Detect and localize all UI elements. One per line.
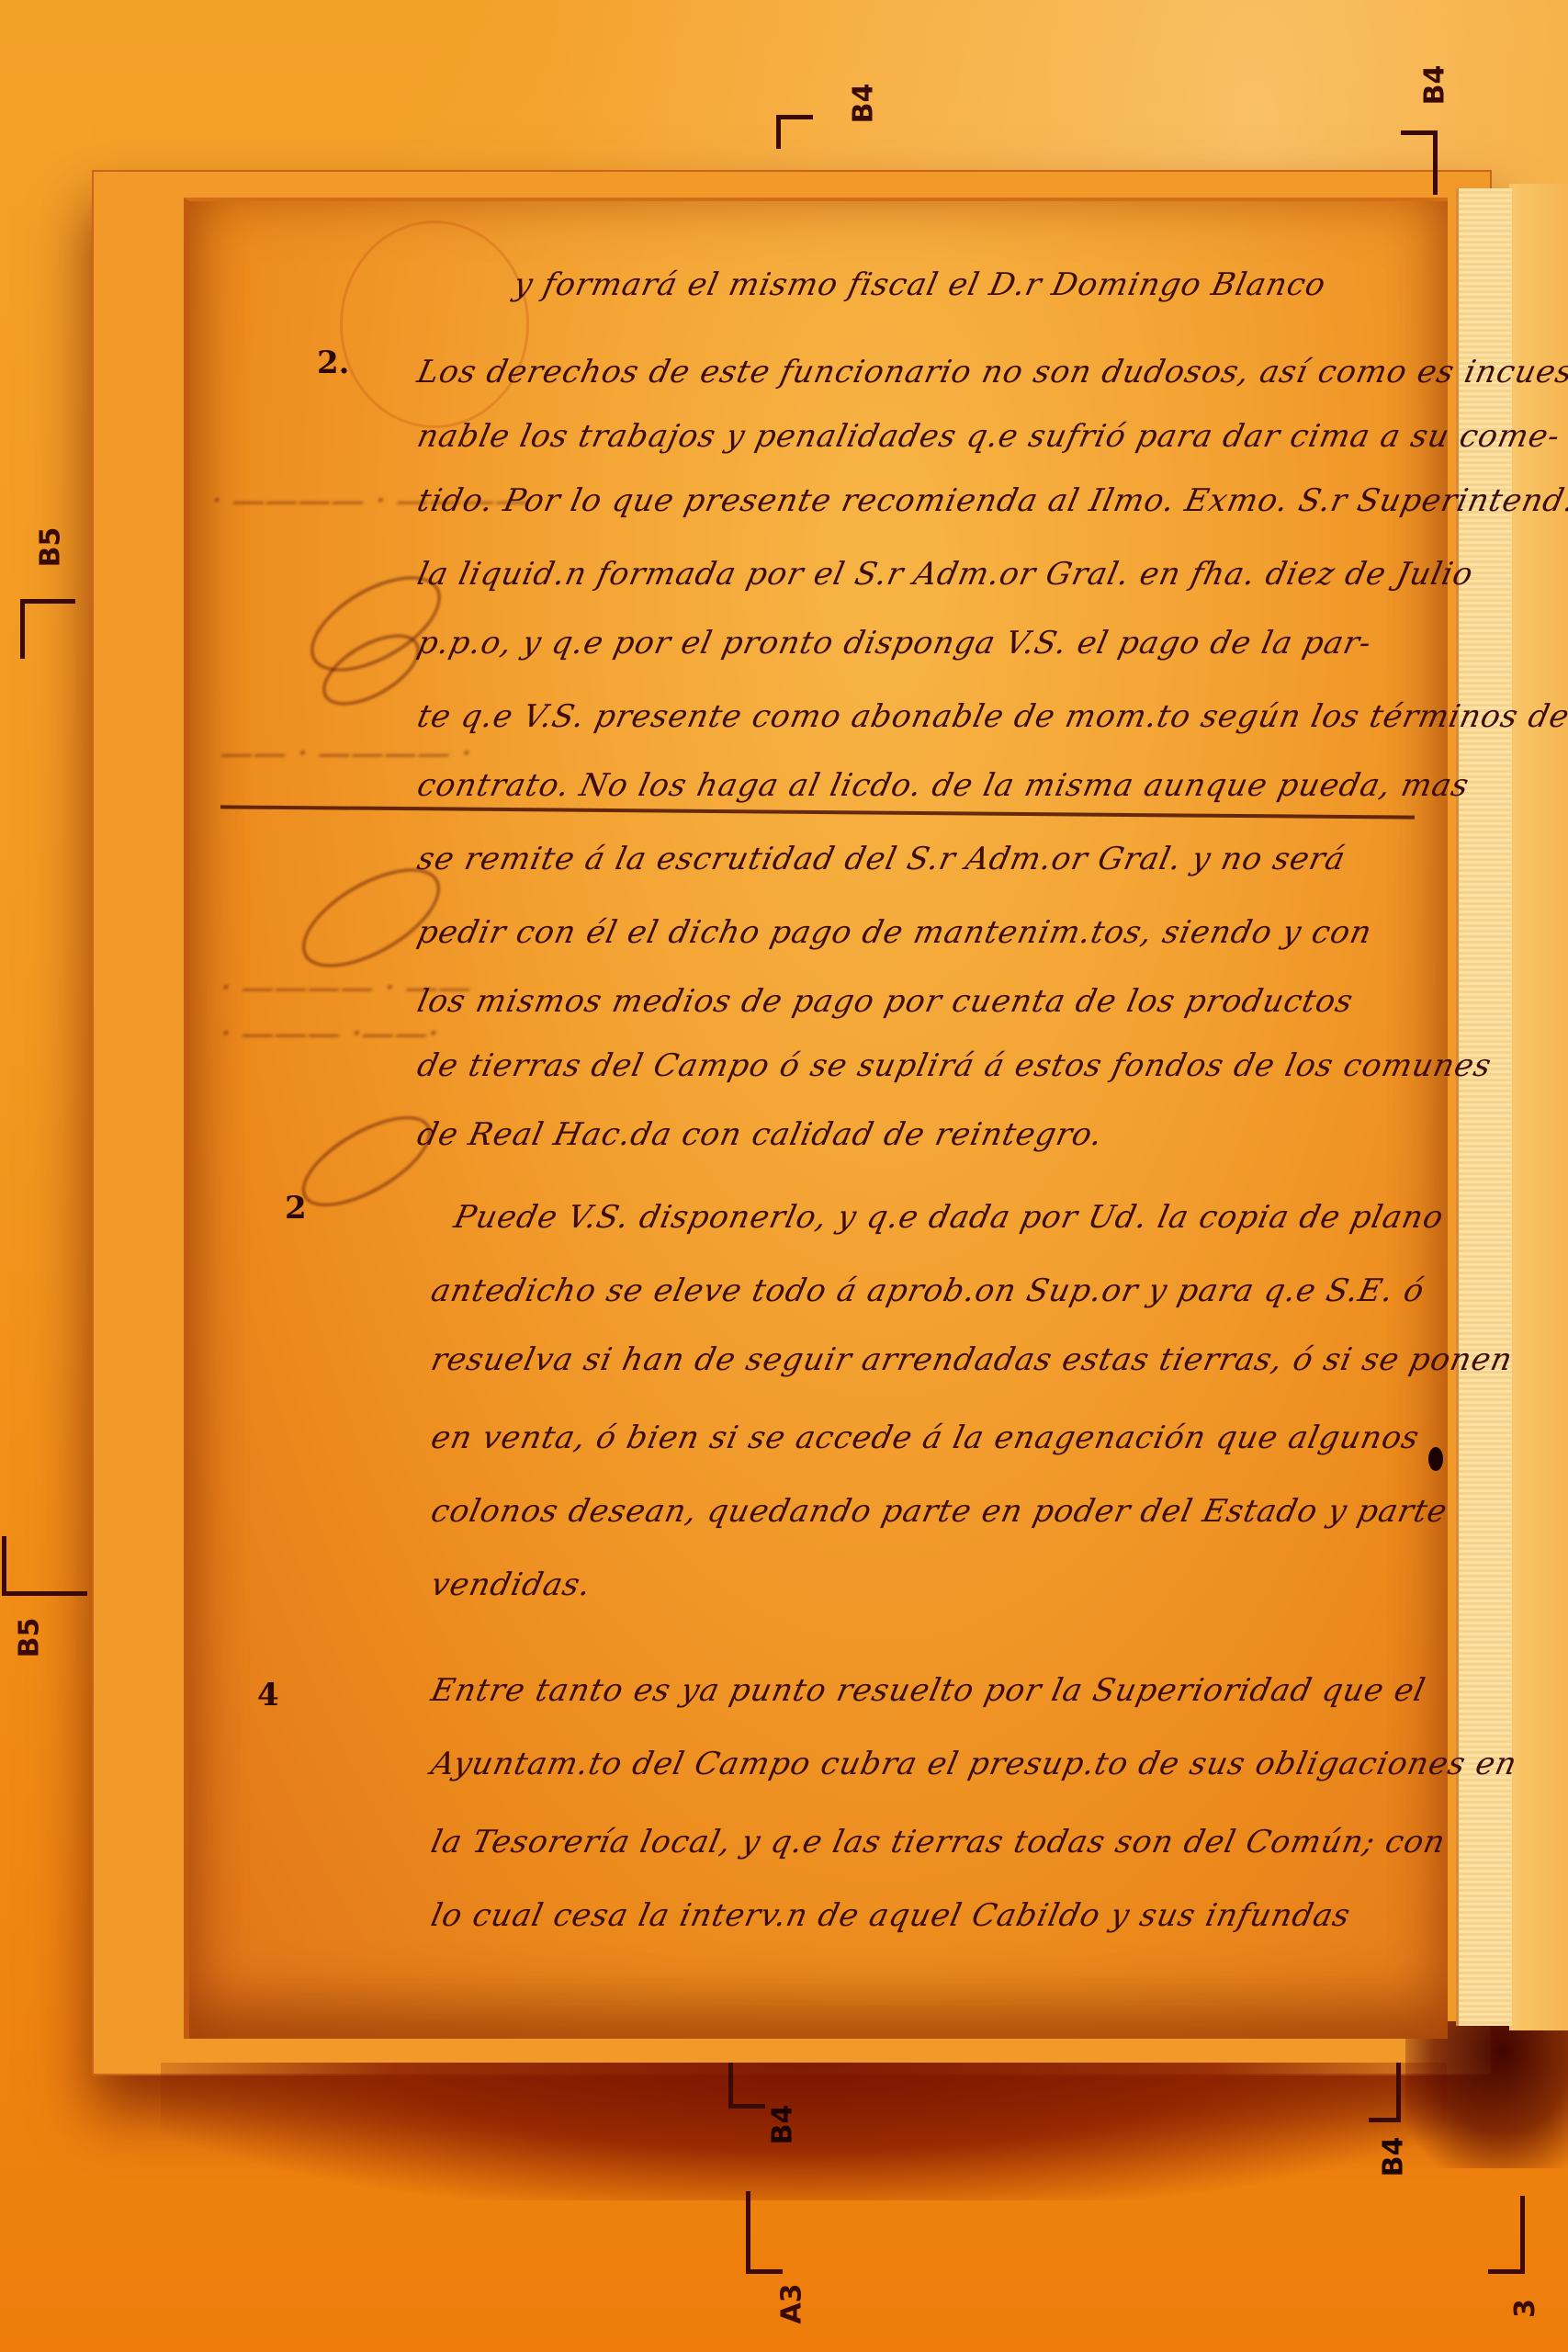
manuscript-line: vendidas. xyxy=(428,1566,595,1603)
manuscript-line: se remite á la escrutidad del S.r Adm.or… xyxy=(414,841,1349,877)
paragraph-number: 2 xyxy=(285,1190,307,1227)
crop-corner-top-center xyxy=(776,115,813,149)
manuscript-line: Entre tanto es ya punto resuelto por la … xyxy=(428,1672,1429,1709)
crop-corner-top-right xyxy=(1401,130,1438,195)
crop-label-left-lower: B5 xyxy=(13,1618,45,1658)
crop-label-bottom-right: B4 xyxy=(1377,2137,1409,2177)
crop-label-top-center: B4 xyxy=(847,84,879,124)
crop-corner-left-upper xyxy=(20,599,75,659)
manuscript-line: lo cual cesa la interv.n de aquel Cabild… xyxy=(428,1897,1354,1934)
crop-corner-bottom-right xyxy=(1369,2063,1401,2122)
manuscript-line: Los derechos de este funcionario no son … xyxy=(414,354,1568,390)
crop-label-footer-right: 3 xyxy=(1509,2299,1541,2318)
manuscript-line: Ayuntam.to del Campo cubra el presup.to … xyxy=(428,1746,1521,1782)
manuscript-line: contrato. No los haga al licdo. de la mi… xyxy=(414,767,1472,804)
manuscript-line: de Real Hac.da con calidad de reintegro. xyxy=(414,1116,1107,1153)
manuscript-line: pedir con él el dicho pago de mantenim.t… xyxy=(414,914,1376,951)
manuscript-line: p.p.o, y q.e por el pronto disponga V.S.… xyxy=(414,625,1375,661)
manuscript-line: de tierras del Campo ó se suplirá á esto… xyxy=(414,1047,1495,1084)
paragraph-number: 4 xyxy=(257,1677,279,1713)
crop-corner-footer-right xyxy=(1488,2196,1525,2274)
manuscript-line: Puede V.S. disponerlo, y q.e dada por Ud… xyxy=(451,1199,1448,1236)
manuscript-line: la liquid.n formada por el S.r Adm.or Gr… xyxy=(414,556,1477,593)
crop-corner-footer-left xyxy=(746,2191,783,2274)
paragraph-number: 2. xyxy=(317,345,350,381)
crop-label-top-right: B4 xyxy=(1418,65,1450,106)
crop-label-bottom-center: B4 xyxy=(766,2105,798,2145)
manuscript-line: tido. Por lo que presente recomienda al … xyxy=(414,482,1568,519)
manuscript-line: los mismos medios de pago por cuenta de … xyxy=(414,983,1357,1020)
crop-corner-left-lower xyxy=(2,1536,87,1596)
manuscript-line: colonos desean, quedando parte en poder … xyxy=(428,1493,1451,1530)
ink-blot xyxy=(1428,1447,1443,1471)
manuscript-line: nable los trabajos y penalidades q.e suf… xyxy=(414,418,1563,455)
manuscript-line: en venta, ó bien si se accede á la enage… xyxy=(428,1419,1423,1456)
manuscript-line: y formará el mismo fiscal el D.r Domingo… xyxy=(511,266,1330,303)
crop-label-left-upper: B5 xyxy=(34,527,66,568)
manuscript-line: la Tesorería local, y q.e las tierras to… xyxy=(428,1824,1450,1860)
manuscript-line: te q.e V.S. presente como abonable de mo… xyxy=(414,698,1568,735)
manuscript-body: y formará el mismo fiscal el D.r Domingo… xyxy=(0,0,1568,2352)
manuscript-line: resuelva si han de seguir arrendadas est… xyxy=(428,1341,1517,1378)
crop-label-footer-left: A3 xyxy=(776,2283,808,2324)
manuscript-line: antedicho se eleve todo á aprob.on Sup.o… xyxy=(428,1272,1428,1309)
crop-corner-bottom-center xyxy=(728,2063,765,2109)
